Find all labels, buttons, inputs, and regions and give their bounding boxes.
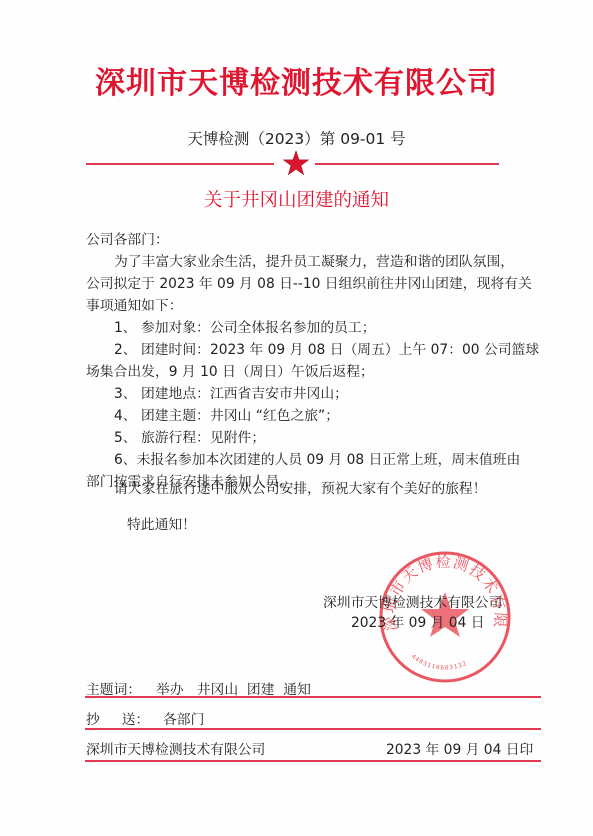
list-item-6-line-1: 6、未报名参加本次团建的人员 09 月 08 日正常上班，周末值班由 xyxy=(114,449,520,471)
list-item-2-line-1: 2、 团建时间：2023 年 09 月 08 日（周五）上午 07：00 公司篮… xyxy=(114,339,539,361)
list-item-1: 1、 参加对象：公司全体报名参加的员工； xyxy=(114,317,376,339)
footer-rule-2 xyxy=(85,728,541,730)
cc-label: 抄 送： xyxy=(86,708,149,728)
signature-date: 2023 年 09 月 04 日 xyxy=(351,611,485,631)
list-item-5: 5、 旅游行程：见附件； xyxy=(114,427,265,449)
document-number: 天博检测（2023）第 09-01 号 xyxy=(0,127,593,149)
closing-notice: 特此通知！ xyxy=(127,514,196,536)
list-item-2-line-2: 场集合出发，9 月 10 日（周日）午饭后返程； xyxy=(86,361,374,383)
organization-title: 深圳市天博检测技术有限公司 xyxy=(0,58,593,102)
print-date: 2023 年 09 月 04 日印 xyxy=(386,738,533,758)
cc-value: 各部门 xyxy=(163,708,204,728)
list-item-4: 4、 团建主题：井冈山 “红色之旅”； xyxy=(114,405,339,427)
intro-line-1: 为了丰富大家业余生活，提升员工凝聚力，营造和谐的团队氛围， xyxy=(114,251,514,273)
issuer: 深圳市天博检测技术有限公司 xyxy=(86,738,265,758)
keywords: 举办 井冈山 团建 通知 xyxy=(156,678,311,698)
notice-title: 关于井冈山团建的通知 xyxy=(0,186,593,212)
header-divider-right xyxy=(315,163,499,165)
salutation: 公司各部门： xyxy=(86,229,169,251)
star-icon xyxy=(283,150,309,176)
signature-organization: 深圳市天博检测技术有限公司 xyxy=(323,591,502,611)
intro-line-3: 事项通知如下： xyxy=(86,295,183,317)
list-item-3: 3、 团建地点：江西省吉安市井冈山； xyxy=(114,383,348,405)
footer-rule-1 xyxy=(85,696,541,698)
svg-text:4403110603132: 4403110603132 xyxy=(410,653,469,672)
footer-rule-3 xyxy=(85,760,541,762)
intro-line-2: 公司拟定于 2023 年 09 月 08 日--10 日组织前往井冈山团建，现将… xyxy=(86,273,532,295)
keywords-label: 主题词： xyxy=(86,678,141,698)
closing-wish: 请大家在旅行途中服从公司安排，预祝大家有个美好的旅程！ xyxy=(114,478,487,500)
header-divider-left xyxy=(86,163,274,165)
